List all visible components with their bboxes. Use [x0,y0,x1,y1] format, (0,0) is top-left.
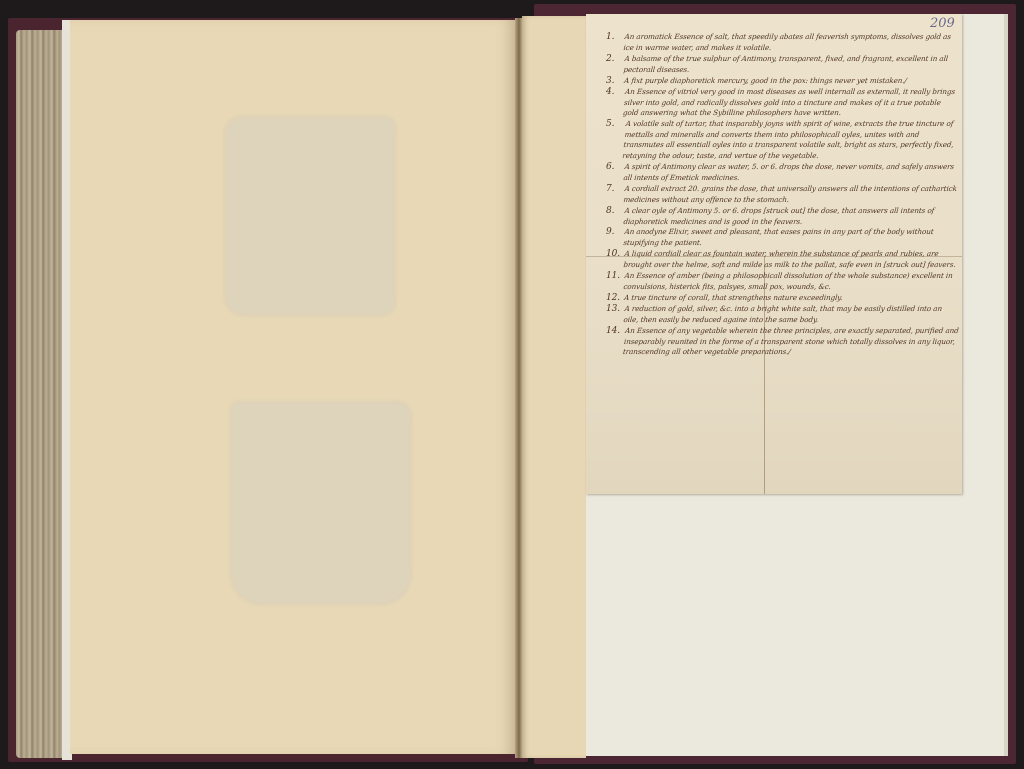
entry: 3.A fixt purple diaphoretick mercury, go… [606,76,958,87]
entry-number: 14. [606,326,624,358]
entry: 5.A volatile salt of tartar, that inspar… [606,119,958,161]
entry-text: An Essence of vitriol very good in most … [622,87,959,119]
entry: 1.An aromatick Essence of salt, that spe… [606,32,958,53]
entry-text: A balsame of the true sulphur of Antimon… [623,54,959,75]
bleed-through-shape-top [226,118,394,314]
entry-text: An Essence of any vegetable wherein the … [622,326,959,358]
entry-text: A liquid cordiall clear as fountain wate… [623,249,959,270]
entry-number: 10. [606,249,624,270]
entry-text: A reduction of gold, silver, &c. into a … [623,304,959,325]
manuscript-entries: 1.An aromatick Essence of salt, that spe… [606,32,958,358]
entry-text: A spirit of Antimony clear as water, 5. … [623,162,959,183]
bleed-through-shape-bottom [232,403,410,603]
entry: 4.An Essence of vitriol very good in mos… [606,87,958,119]
entry-number: 6. [606,162,624,183]
entry: 13.A reduction of gold, silver, &c. into… [606,304,958,325]
entry-number: 4. [606,87,624,119]
entry-number: 12. [606,293,624,304]
entry-text: A fixt purple diaphoretick mercury, good… [623,76,958,87]
page-fore-edge [16,30,66,758]
entry: 12.A true tincture of corall, that stren… [606,293,958,304]
entry-number: 1. [606,32,624,53]
entry: 10.A liquid cordiall clear as fountain w… [606,249,958,270]
entry-number: 5. [606,119,624,161]
entry-text: An Essence of amber (being a philosophic… [623,271,959,292]
guard-strip [522,16,586,758]
folio-number: 209 [930,16,955,31]
entry-text: An aromatick Essence of salt, that speed… [623,32,959,53]
entry-text: An anodyne Elixir, sweet and pleasant, t… [623,227,959,248]
entry: 14.An Essence of any vegetable wherein t… [606,326,958,358]
entry: 7.A cordiall extract 20. grains the dose… [606,184,958,205]
entry-number: 8. [606,206,624,227]
entry: 8.A clear oyle of Antimony 5. or 6. drop… [606,206,958,227]
entry: 11.An Essence of amber (being a philosop… [606,271,958,292]
entry-text: A true tincture of corall, that strength… [623,293,958,304]
entry-number: 3. [606,76,624,87]
entry-number: 7. [606,184,624,205]
entry-number: 9. [606,227,624,248]
entry-text: A volatile salt of tartar, that insparab… [622,119,960,161]
entry: 9.An anodyne Elixir, sweet and pleasant,… [606,227,958,248]
entry: 6.A spirit of Antimony clear as water, 5… [606,162,958,183]
entry: 2.A balsame of the true sulphur of Antim… [606,54,958,75]
entry-text: A cordiall extract 20. grains the dose, … [623,184,959,205]
entry-number: 11. [606,271,624,292]
entry-text: A clear oyle of Antimony 5. or 6. drops … [623,206,959,227]
entry-number: 2. [606,54,624,75]
entry-number: 13. [606,304,624,325]
